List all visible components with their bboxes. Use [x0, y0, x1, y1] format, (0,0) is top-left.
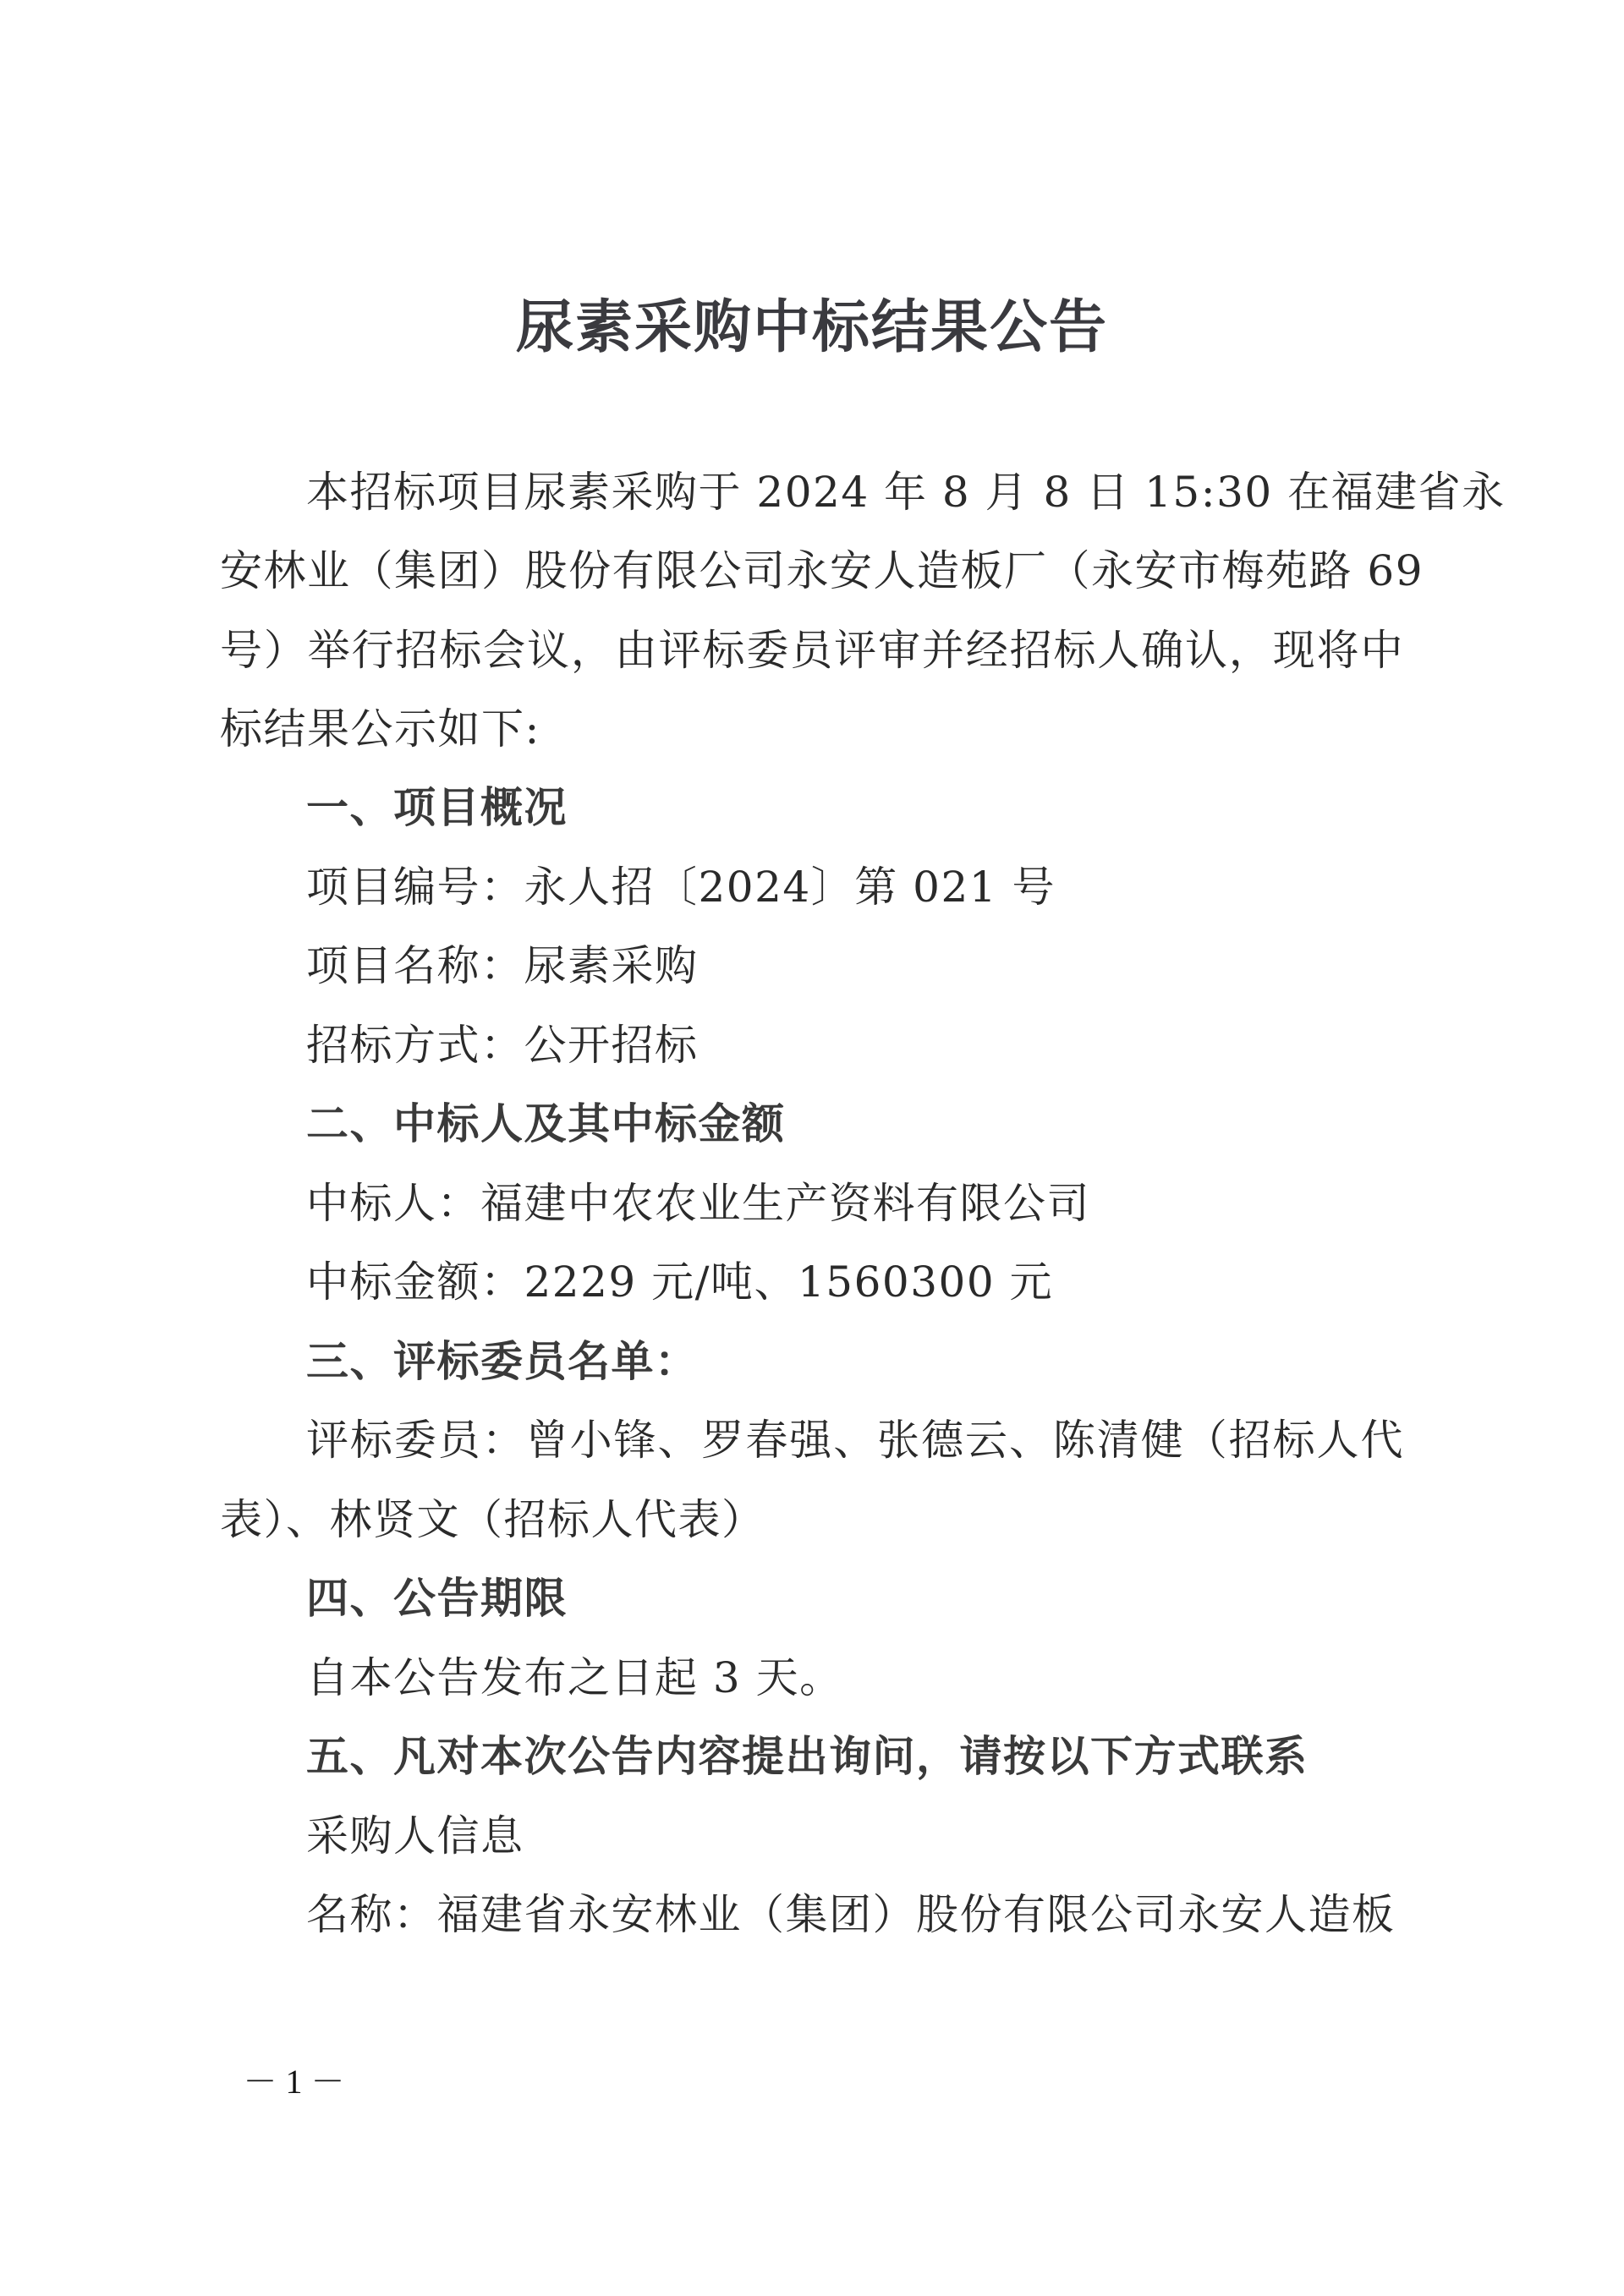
purchaser-info-label: 采购人信息 [306, 1811, 524, 1861]
project-name: 项目名称：尿素采购 [306, 940, 699, 991]
purchaser-name: 名称：福建省永安林业（集团）股份有限公司永安人造板 [306, 1889, 1396, 1940]
committee-line-2: 表）、林贤文（招标人代表） [220, 1494, 765, 1545]
intro-line-1: 本招标项目尿素采购于 2024 年 8 月 8 日 15:30 在福建省永 [306, 467, 1404, 518]
section-heading-notice-period: 四、公告期限 [306, 1573, 568, 1624]
winning-bidder: 中标人：福建中农农业生产资料有限公司 [306, 1178, 1090, 1229]
notice-period-text: 自本公告发布之日起 3 天。 [306, 1652, 843, 1703]
page-number: － 1 － [241, 2063, 347, 2101]
winning-amount: 中标金额：2229 元/吨、1560300 元 [306, 1257, 1053, 1307]
document-title: 尿素采购中标结果公告 [0, 292, 1624, 363]
section-heading-winner: 二、中标人及其中标金额 [306, 1099, 786, 1149]
section-heading-project-overview: 一、项目概况 [306, 782, 568, 833]
project-number: 项目编号：永人招〔2024〕第 021 号 [306, 862, 1056, 912]
tender-method: 招标方式：公开招标 [306, 1020, 699, 1071]
intro-line-3: 号）举行招标会议，由评标委员评审并经招标人确认，现将中 [220, 625, 1404, 676]
section-heading-contact: 五、凡对本次公告内容提出询问，请按以下方式联系 [306, 1731, 1309, 1782]
committee-line-1: 评标委员：曾小锋、罗春强、张德云、陈清健（招标人代 [306, 1415, 1404, 1466]
intro-line-4: 标结果公示如下: [220, 704, 540, 754]
intro-line-2: 安林业（集团）股份有限公司永安人造板厂（永安市梅苑路 69 [220, 545, 1404, 596]
section-heading-committee: 三、评标委员名单： [306, 1336, 699, 1387]
